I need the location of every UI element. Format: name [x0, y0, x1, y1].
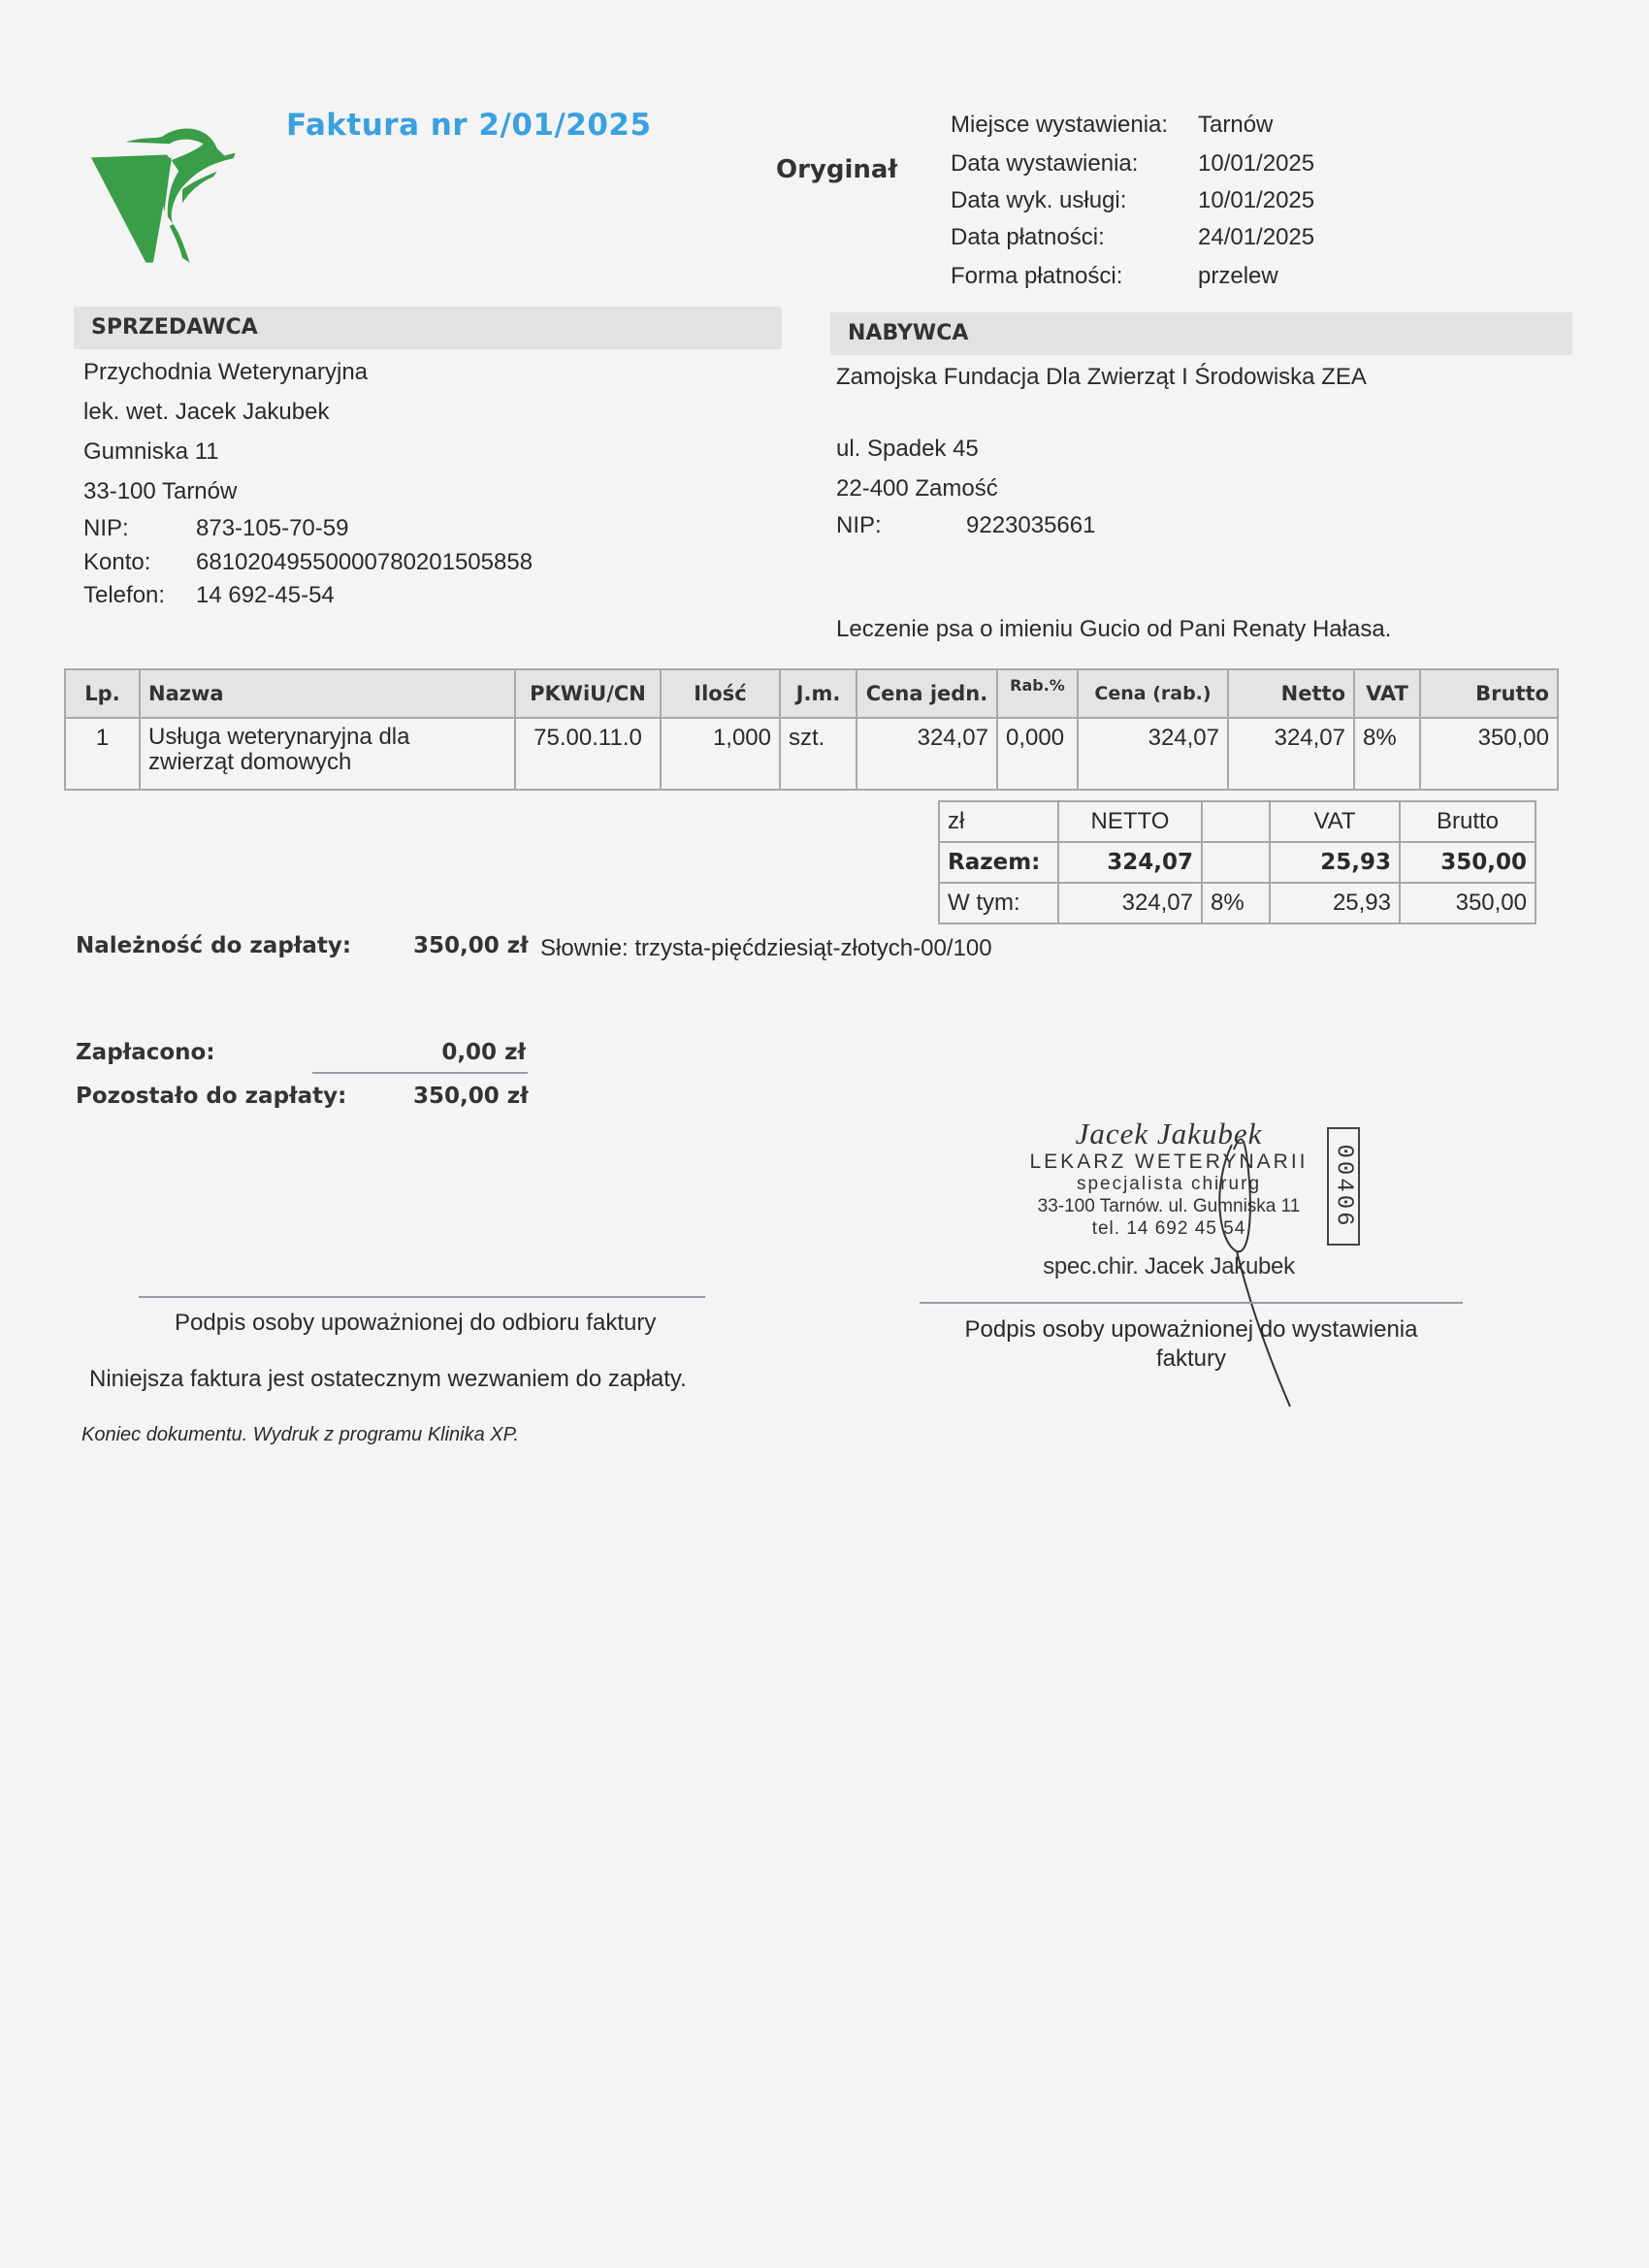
- vat-breakdown-rate: 8%: [1202, 883, 1270, 923]
- seller-line: lek. wet. Jacek Jakubek: [83, 399, 329, 426]
- col-pkwiu: PKWiU/CN: [515, 669, 661, 718]
- veterinary-logo-icon: [80, 116, 254, 272]
- paid-divider: [312, 1072, 528, 1074]
- cell-unit-price: 324,07: [857, 718, 997, 790]
- buyer-street: ul. Spadek 45: [836, 436, 979, 463]
- seller-line: 33-100 Tarnów: [83, 478, 237, 505]
- seller-nip-value: 873-105-70-59: [196, 515, 348, 541]
- vat-header-vat: VAT: [1270, 801, 1400, 842]
- receiver-signature-caption: Podpis osoby upoważnionej do odbioru fak…: [175, 1310, 656, 1337]
- end-note: Koniec dokumentu. Wydruk z programu Klin…: [81, 1424, 519, 1446]
- vat-total-net: 324,07: [1058, 842, 1202, 883]
- vat-header-row: zł NETTO VAT Brutto: [939, 801, 1536, 842]
- meta-row-payment-date: Data płatności:24/01/2025: [951, 224, 1314, 251]
- cell-gross: 350,00: [1420, 718, 1558, 790]
- meta-value: Tarnów: [1198, 112, 1273, 139]
- cell-qty: 1,000: [661, 718, 780, 790]
- vat-header-currency: zł: [939, 801, 1058, 842]
- remaining-label: Pozostało do zapłaty:: [76, 1084, 346, 1109]
- col-name: Nazwa: [140, 669, 515, 718]
- paid-label: Zapłacono:: [76, 1040, 215, 1065]
- seller-nip-label: NIP:: [83, 515, 196, 542]
- buyer-heading: NABYWCA: [830, 312, 1572, 355]
- final-notice: Niniejsza faktura jest ostatecznym wezwa…: [89, 1366, 687, 1393]
- vat-total-rate: [1202, 842, 1270, 883]
- vat-total-row: Razem: 324,07 25,93 350,00: [939, 842, 1536, 883]
- vat-total-gross: 350,00: [1400, 842, 1536, 883]
- remaining-value: 350,00 zł: [413, 1084, 529, 1109]
- amount-in-words: Słownie: trzysta-pięćdziesiąt-złotych-00…: [540, 935, 992, 962]
- meta-row-payment-method: Forma płatności:przelew: [951, 263, 1278, 290]
- meta-row-service-date: Data wyk. usługi:10/01/2025: [951, 187, 1314, 214]
- seller-nip: NIP:873-105-70-59: [83, 515, 348, 542]
- col-qty: Ilość: [661, 669, 780, 718]
- paid-value: 0,00 zł: [312, 1040, 526, 1065]
- meta-value: 24/01/2025: [1198, 224, 1314, 251]
- seller-phone-value: 14 692-45-54: [196, 582, 335, 608]
- vat-header-net: NETTO: [1058, 801, 1202, 842]
- seller-heading: SPRZEDAWCA: [74, 307, 782, 349]
- items-header-row: Lp. Nazwa PKWiU/CN Ilość J.m. Cena jedn.…: [65, 669, 1558, 718]
- meta-label: Data wystawienia:: [951, 150, 1198, 178]
- copy-label: Oryginał: [776, 155, 897, 184]
- cell-name-line1: Usługa weterynaryjna dla: [148, 724, 409, 750]
- buyer-note: Leczenie psa o imieniu Gucio od Pani Ren…: [836, 616, 1391, 643]
- vat-total-label: Razem:: [939, 842, 1058, 883]
- vat-breakdown-vat: 25,93: [1270, 883, 1400, 923]
- buyer-city: 22-400 Zamość: [836, 475, 998, 502]
- receiver-signature-line: [139, 1296, 705, 1298]
- cell-unit: szt.: [780, 718, 857, 790]
- col-unit: J.m.: [780, 669, 857, 718]
- meta-label: Data płatności:: [951, 224, 1198, 251]
- meta-row-issue-date: Data wystawienia:10/01/2025: [951, 150, 1314, 178]
- col-price-after-discount: Cena (rab.): [1078, 669, 1228, 718]
- cell-name-line2: zwierząt domowych: [148, 749, 351, 775]
- col-gross: Brutto: [1420, 669, 1558, 718]
- buyer-nip: NIP:9223035661: [836, 512, 1095, 539]
- vat-header-gross: Brutto: [1400, 801, 1536, 842]
- meta-label: Forma płatności:: [951, 263, 1198, 290]
- seller-line: Przychodnia Weterynaryjna: [83, 359, 368, 386]
- cell-pkwiu: 75.00.11.0: [515, 718, 661, 790]
- col-vat: VAT: [1354, 669, 1420, 718]
- table-row: 1 Usługa weterynaryjna dlazwierząt domow…: [65, 718, 1558, 790]
- issuer-signature-line: [920, 1302, 1463, 1304]
- vat-breakdown-row: W tym: 324,07 8% 25,93 350,00: [939, 883, 1536, 923]
- meta-value: 10/01/2025: [1198, 150, 1314, 178]
- meta-label: Miejsce wystawienia:: [951, 112, 1198, 139]
- issuer-signature-caption: Podpis osoby upoważnionej do wystawienia…: [939, 1315, 1443, 1374]
- amount-due-label: Należność do zapłaty:: [76, 933, 351, 958]
- col-net: Netto: [1228, 669, 1354, 718]
- cell-lp: 1: [65, 718, 140, 790]
- col-discount: Rab.%: [997, 669, 1078, 718]
- buyer-name: Zamojska Fundacja Dla Zwierząt I Środowi…: [836, 364, 1367, 391]
- meta-value: przelew: [1198, 263, 1278, 290]
- seller-account: Konto:68102049550000780201505858: [83, 549, 533, 576]
- buyer-nip-label: NIP:: [836, 512, 966, 539]
- vat-breakdown-label: W tym:: [939, 883, 1058, 923]
- seller-phone-label: Telefon:: [83, 582, 196, 609]
- vat-total-vat: 25,93: [1270, 842, 1400, 883]
- cell-price-after-discount: 324,07: [1078, 718, 1228, 790]
- cell-discount: 0,000: [997, 718, 1078, 790]
- seller-line: Gumniska 11: [83, 438, 219, 466]
- vat-header-rate: [1202, 801, 1270, 842]
- cell-name: Usługa weterynaryjna dlazwierząt domowyc…: [140, 718, 515, 790]
- meta-row-place: Miejsce wystawienia:Tarnów: [951, 112, 1273, 139]
- seller-phone: Telefon:14 692-45-54: [83, 582, 335, 609]
- meta-label: Data wyk. usługi:: [951, 187, 1198, 214]
- invoice-title: Faktura nr 2/01/2025: [286, 108, 652, 143]
- meta-value: 10/01/2025: [1198, 187, 1314, 214]
- col-unit-price: Cena jedn.: [857, 669, 997, 718]
- vat-breakdown-gross: 350,00: [1400, 883, 1536, 923]
- items-table: Lp. Nazwa PKWiU/CN Ilość J.m. Cena jedn.…: [64, 668, 1559, 791]
- vat-breakdown-net: 324,07: [1058, 883, 1202, 923]
- seller-account-label: Konto:: [83, 549, 196, 576]
- buyer-nip-value: 9223035661: [966, 512, 1095, 538]
- cell-net: 324,07: [1228, 718, 1354, 790]
- vat-summary-table: zł NETTO VAT Brutto Razem: 324,07 25,93 …: [938, 800, 1536, 924]
- col-lp: Lp.: [65, 669, 140, 718]
- seller-account-value: 68102049550000780201505858: [196, 549, 533, 575]
- amount-due-value: 350,00 zł: [413, 933, 529, 958]
- cell-vat: 8%: [1354, 718, 1420, 790]
